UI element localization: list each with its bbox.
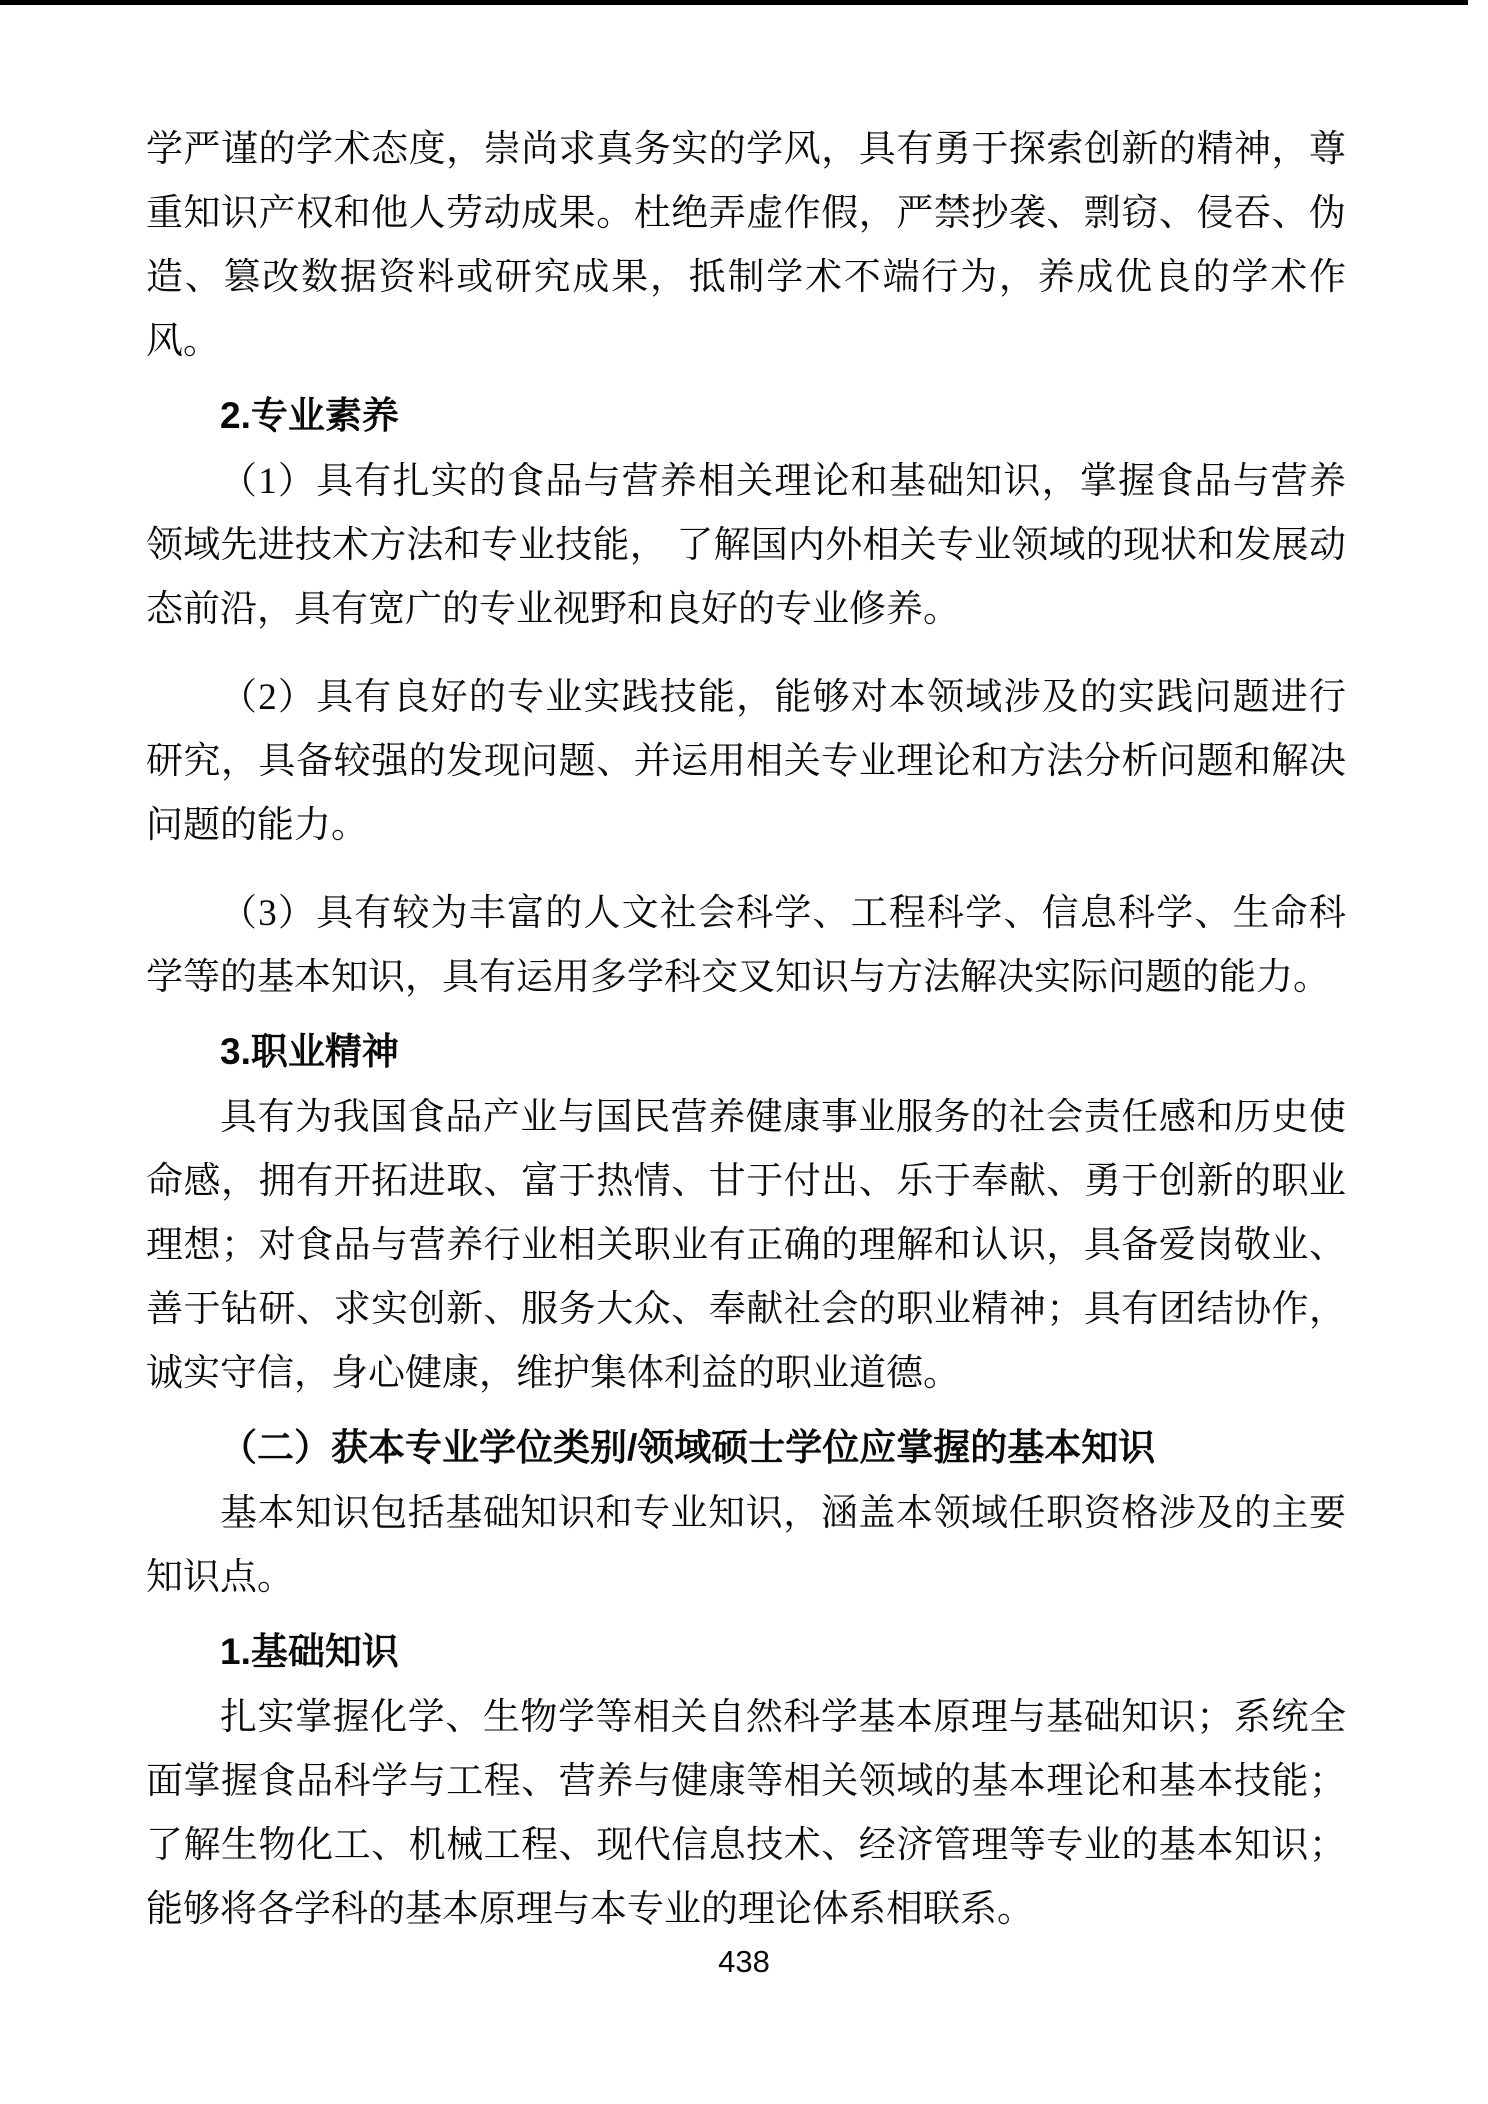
section-heading: 2.专业素养: [146, 384, 1346, 448]
page-number: 438: [0, 1942, 1488, 1982]
scan-artifact-top-bar: [0, 0, 1468, 5]
body-paragraph: 具有为我国食品产业与国民营养健康事业服务的社会责任感和历史使命感，拥有开拓进取、…: [146, 1086, 1346, 1406]
document-body: 学严谨的学术态度，崇尚求真务实的学风，具有勇于探索创新的精神，尊重知识产权和他人…: [146, 118, 1346, 1942]
section-heading: 1.基础知识: [146, 1620, 1346, 1684]
section-heading: 3.职业精神: [146, 1020, 1346, 1084]
body-paragraph: 扎实掌握化学、生物学等相关自然科学基本原理与基础知识；系统全面掌握食品科学与工程…: [146, 1686, 1346, 1942]
body-paragraph: （3）具有较为丰富的人文社会科学、工程科学、信息科学、生命科学等的基本知识，具有…: [146, 882, 1346, 1010]
body-paragraph: 基本知识包括基础知识和专业知识，涵盖本领域任职资格涉及的主要知识点。: [146, 1482, 1346, 1610]
document-page: 学严谨的学术态度，崇尚求真务实的学风，具有勇于探索创新的精神，尊重知识产权和他人…: [0, 0, 1488, 2104]
section-heading: （二）获本专业学位类别/领域硕士学位应掌握的基本知识: [146, 1416, 1346, 1480]
body-paragraph: （1）具有扎实的食品与营养相关理论和基础知识，掌握食品与营养领域先进技术方法和专…: [146, 450, 1346, 642]
body-paragraph: 学严谨的学术态度，崇尚求真务实的学风，具有勇于探索创新的精神，尊重知识产权和他人…: [146, 118, 1346, 374]
body-paragraph: （2）具有良好的专业实践技能，能够对本领域涉及的实践问题进行研究，具备较强的发现…: [146, 666, 1346, 858]
